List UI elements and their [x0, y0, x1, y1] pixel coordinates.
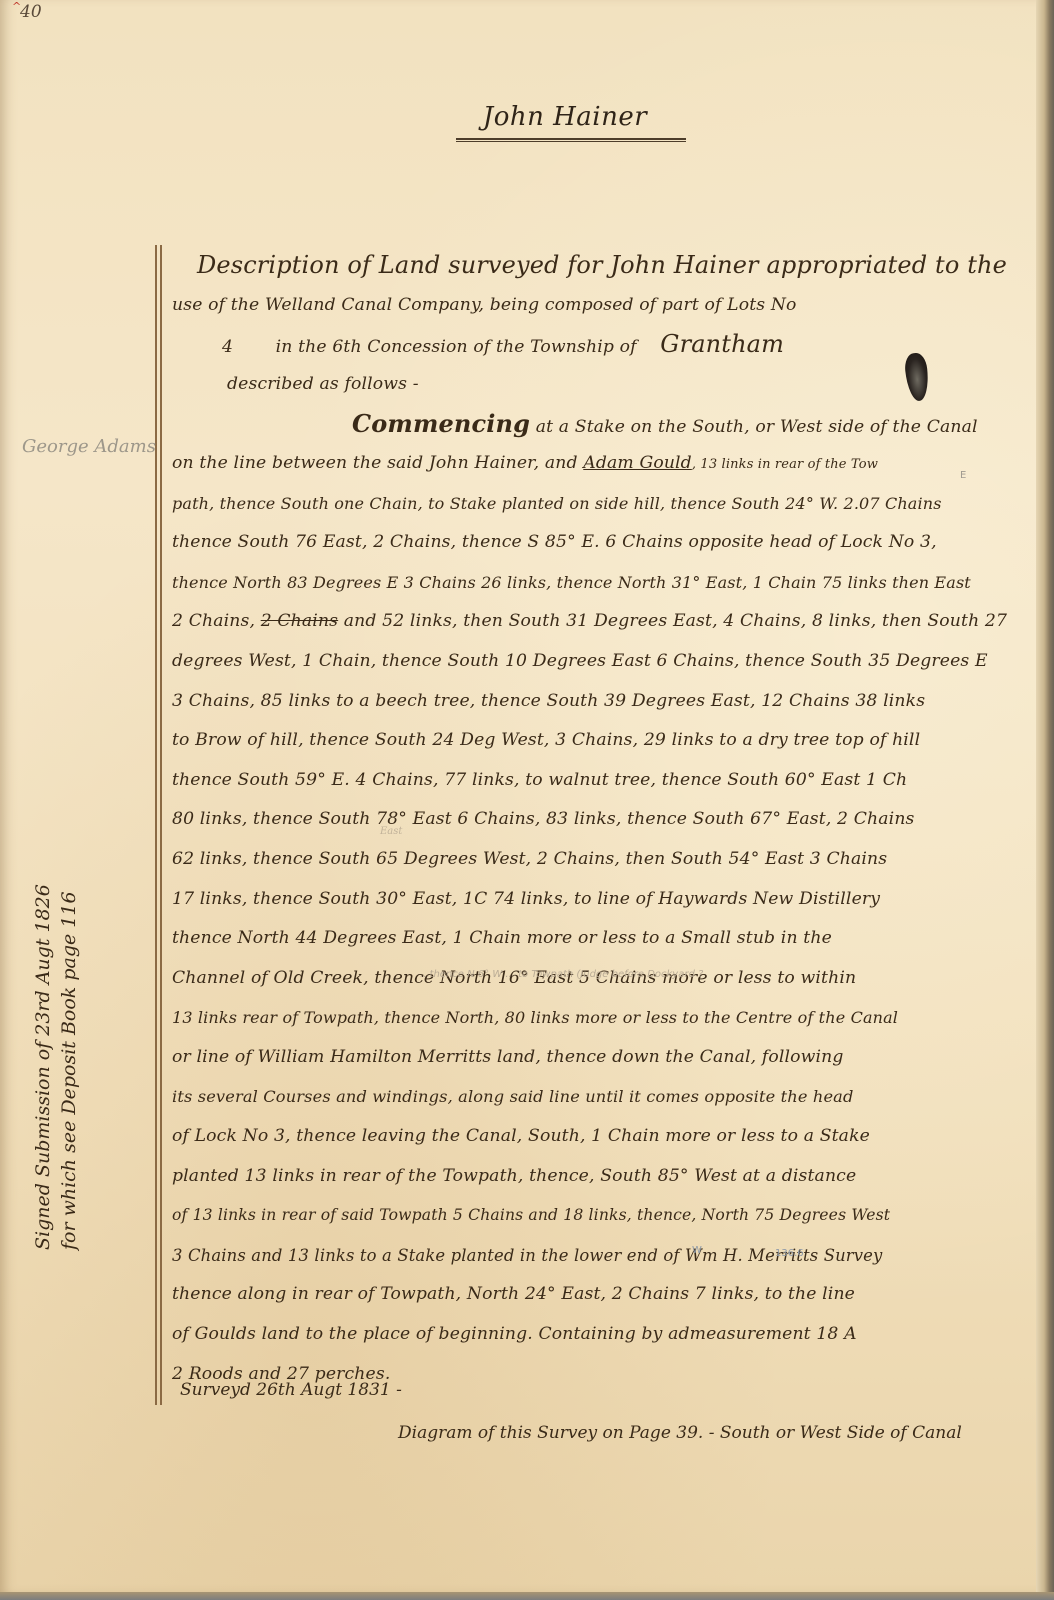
text-line: described as follows - [172, 365, 1032, 405]
text-line-part: and 52 links, then South 31 Degrees East… [344, 611, 1007, 631]
pencil-annotation-w: W [692, 1245, 702, 1256]
lot-number: 4 [172, 328, 270, 368]
page-binding-edge [1036, 0, 1054, 1600]
text-line-part: at a Stake on the South, or West side of… [536, 417, 978, 437]
pencil-annotation-e: E [960, 470, 966, 481]
text-line-part: , 13 links in rear of the Tow [692, 457, 878, 472]
text-line: 80 links, thence South 78° East 6 Chains… [172, 800, 1032, 840]
struck-text: 2 Chains [261, 611, 338, 631]
text-line: 3 Chains, 85 links to a beech tree, then… [172, 682, 1032, 722]
margin-rule-right [160, 245, 162, 1405]
text-line: 17 links, thence South 30° East, 1C 74 l… [172, 880, 1032, 920]
text-line: Description of Land surveyed for John Ha… [172, 246, 1032, 286]
ledger-page: ^ 40 John Hainer George Adams Signed Sub… [0, 0, 1046, 1592]
text-line: thence South 76 East, 2 Chains, thence S… [172, 523, 1032, 563]
text-line: path, thence South one Chain, to Stake p… [172, 484, 1032, 524]
pencil-annotation-east: East [380, 826, 402, 837]
text-line: degrees West, 1 Chain, thence South 10 D… [172, 642, 1032, 682]
margin-note-line-2: for which see Deposit Book page 116 [56, 690, 82, 1250]
survey-description: Description of Land surveyed for John Ha… [172, 246, 1032, 1394]
margin-rule-left [155, 245, 157, 1405]
text-line: to Brow of hill, thence South 24 Deg Wes… [172, 721, 1032, 761]
diagram-reference: Diagram of this Survey on Page 39. - Sou… [398, 1423, 962, 1443]
text-line: thence North 44 Degrees East, 1 Chain mo… [172, 919, 1032, 959]
text-line: of 13 links in rear of said Towpath 5 Ch… [172, 1196, 1032, 1236]
margin-note-line-1: Signed Submission of 23rd Augt 1826 [30, 690, 56, 1250]
survey-date: Surveyd 26th Augt 1831 - [180, 1380, 402, 1400]
page-number-text: 40 [20, 2, 42, 22]
text-line: of Goulds land to the place of beginning… [172, 1315, 1032, 1355]
text-line: Commencing at a Stake on the South, or W… [172, 404, 1032, 444]
text-line: 2 Chains, 2 Chains and 52 links, then So… [172, 602, 1032, 642]
text-line: on the line between the said John Hainer… [172, 444, 1032, 484]
text-line: 3 Chains and 13 links to a Stake planted… [172, 1236, 1032, 1276]
title-underline [456, 138, 686, 142]
text-line-part: on the line between the said John Hainer… [172, 453, 578, 473]
text-line: of Lock No 3, thence leaving the Canal, … [172, 1117, 1032, 1157]
text-line: thence along in rear of Towpath, North 2… [172, 1275, 1032, 1315]
page-number: ^ 40 [20, 2, 42, 22]
page-bottom-edge [0, 1592, 1054, 1600]
text-line: 13 links rear of Towpath, thence North, … [172, 998, 1032, 1038]
text-line: planted 13 links in rear of the Towpath,… [172, 1157, 1032, 1197]
page-title: John Hainer [430, 102, 700, 132]
text-line-part: 2 Chains, [172, 611, 261, 631]
red-check-mark: ^ [12, 0, 21, 13]
text-line: thence North 83 Degrees E 3 Chains 26 li… [172, 563, 1032, 603]
text-line: 4 in the 6th Concession of the Township … [172, 325, 1032, 365]
text-line: 62 links, thence South 65 Degrees West, … [172, 840, 1032, 880]
adjoining-owner: Adam Gould [583, 453, 692, 473]
text-line: thence South 59° E. 4 Chains, 77 links, … [172, 761, 1032, 801]
text-line: or line of William Hamilton Merritts lan… [172, 1038, 1032, 1078]
pencil-annotation: ...thence N 6° W ... to Towpath (Judge b… [420, 969, 703, 980]
margin-pencil-name: George Adams [22, 436, 156, 457]
text-line-part: in the 6th Concession of the Township of [276, 337, 637, 357]
text-line: use of the Welland Canal Company, being … [172, 286, 1032, 326]
text-line: its several Courses and windings, along … [172, 1077, 1032, 1117]
commencing-heading: Commencing [172, 409, 530, 438]
township-name: Grantham [642, 330, 784, 358]
margin-vertical-note: Signed Submission of 23rd Augt 1826 for … [30, 690, 100, 1250]
pencil-annotation-number: 136.6 [775, 1248, 804, 1259]
